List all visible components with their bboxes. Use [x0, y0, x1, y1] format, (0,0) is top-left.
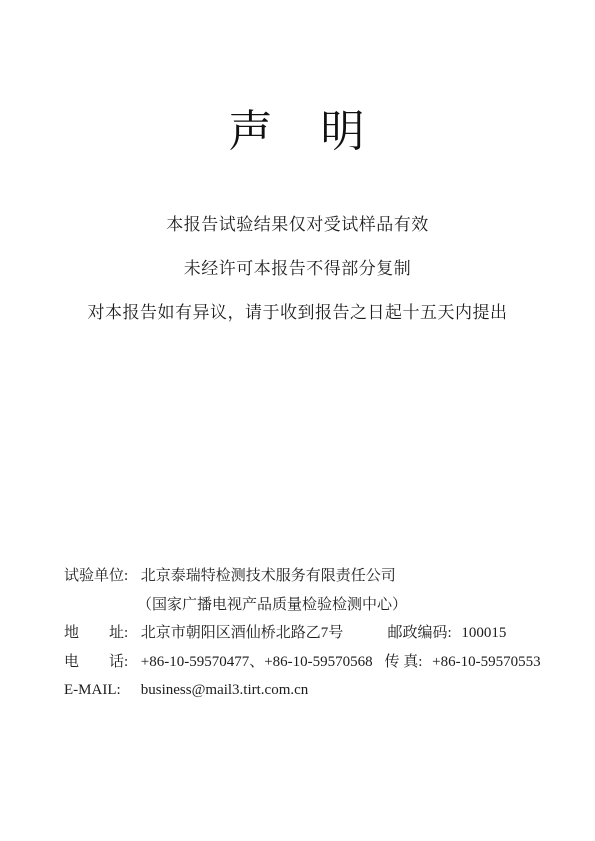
phone-row: 电 话: +86-10-59570477、+86-10-59570568 传 真…	[64, 648, 565, 677]
test-org-label: 试验单位:	[64, 562, 137, 591]
phone-value: +86-10-59570477、+86-10-59570568	[141, 648, 381, 677]
test-org-subname: （国家广播电视产品质量检验检测中心）	[137, 597, 407, 613]
address-row: 地 址: 北京市朝阳区酒仙桥北路乙7号 邮政编码: 100015	[64, 619, 565, 648]
page-title: 声 明	[0, 110, 595, 154]
test-org-name: 北京泰瑞特检测技术服务有限责任公司	[141, 568, 396, 584]
postcode-label: 邮政编码:	[388, 619, 452, 648]
test-org-row: 试验单位: 北京泰瑞特检测技术服务有限责任公司	[64, 562, 565, 591]
declaration-page: 声 明 本报告试验结果仅对受试样品有效 未经许可本报告不得部分复制 对本报告如有…	[0, 0, 595, 841]
fax-value: +86-10-59570553	[432, 654, 540, 670]
statements-block: 本报告试验结果仅对受试样品有效 未经许可本报告不得部分复制 对本报告如有异议，请…	[0, 216, 595, 348]
statement-line-3: 对本报告如有异议，请于收到报告之日起十五天内提出	[0, 304, 595, 322]
phone-label: 电 话:	[64, 648, 137, 677]
fax-label: 传 真:	[385, 648, 423, 677]
postcode-value: 100015	[461, 625, 506, 641]
address-value: 北京市朝阳区酒仙桥北路乙7号	[141, 619, 384, 648]
address-label: 地 址:	[64, 619, 137, 648]
statement-line-2: 未经许可本报告不得部分复制	[0, 260, 595, 278]
contact-block: 试验单位: 北京泰瑞特检测技术服务有限责任公司 （国家广播电视产品质量检验检测中…	[64, 562, 565, 705]
email-label: E-MAIL:	[64, 676, 137, 705]
test-org-subname-row: （国家广播电视产品质量检验检测中心）	[64, 591, 565, 620]
email-row: E-MAIL: business@mail3.tirt.com.cn	[64, 676, 565, 705]
email-value: business@mail3.tirt.com.cn	[141, 682, 309, 698]
statement-line-1: 本报告试验结果仅对受试样品有效	[0, 216, 595, 234]
